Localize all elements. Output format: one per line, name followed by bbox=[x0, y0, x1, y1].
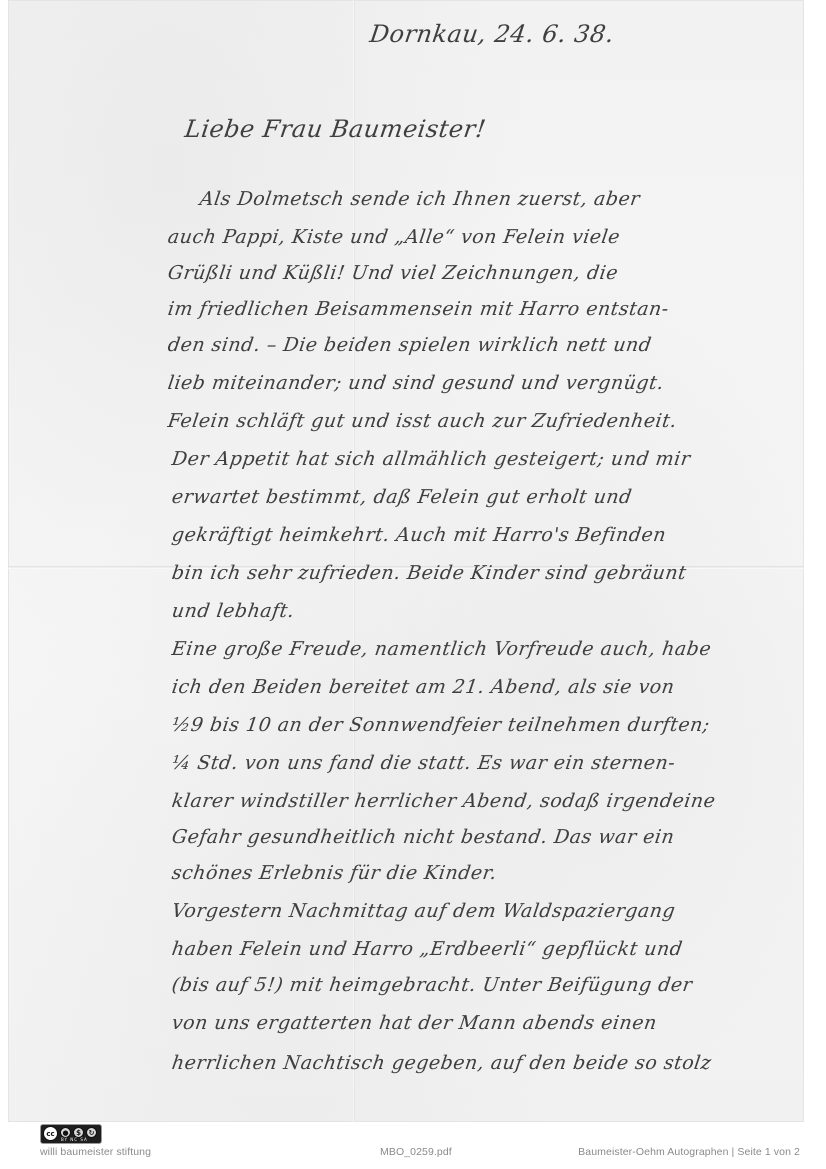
letter-line: auch Pappi, Kiste und „Alle“ von Felein … bbox=[166, 226, 809, 248]
letter-line: ¼ Std. von uns fand die statt. Es war ei… bbox=[170, 752, 813, 774]
cc-license-badge[interactable]: cc ● $ ↻ BY NC SA bbox=[40, 1124, 102, 1144]
letter-line: im friedlichen Beisammensein mit Harro e… bbox=[166, 298, 809, 320]
letter-place-date: Dornkau, 24. 6. 38. bbox=[368, 20, 616, 48]
letter-line: ½9 bis 10 an der Sonnwendfeier teilnehme… bbox=[170, 714, 813, 736]
letter-line: Gefahr gesundheitlich nicht bestand. Das… bbox=[170, 826, 813, 848]
letter-line: Vorgestern Nachmittag auf dem Waldspazie… bbox=[170, 900, 813, 922]
letter-line: klarer windstiller herrlicher Abend, sod… bbox=[170, 790, 813, 812]
cc-license-labels: BY NC SA bbox=[61, 1137, 88, 1142]
creative-commons-icon: cc bbox=[43, 1126, 58, 1141]
letter-line: bin ich sehr zufrieden. Beide Kinder sin… bbox=[170, 562, 813, 584]
footer-page-info: Baumeister-Oehm Autographen | Seite 1 vo… bbox=[578, 1146, 800, 1158]
letter-line: haben Felein und Harro „Erdbeerli“ gepfl… bbox=[170, 938, 813, 960]
letter-line: erwartet bestimmt, daß Felein gut erholt… bbox=[170, 486, 813, 508]
letter-line: Felein schläft gut und isst auch zur Zuf… bbox=[166, 410, 809, 432]
letter-line: Der Appetit hat sich allmählich gesteige… bbox=[170, 448, 813, 470]
letter-salutation: Liebe Frau Baumeister! bbox=[183, 115, 488, 143]
letter-line: gekräftigt heimkehrt. Auch mit Harro's B… bbox=[170, 524, 813, 546]
label-by: BY bbox=[61, 1137, 68, 1142]
letter-line: herrlichen Nachtisch gegeben, auf den be… bbox=[170, 1052, 813, 1074]
letter-line: lieb miteinander; und sind gesund und ve… bbox=[166, 372, 809, 394]
letter-line: Als Dolmetsch sende ich Ihnen zuerst, ab… bbox=[198, 188, 826, 210]
footer-filename: MBO_0259.pdf bbox=[380, 1146, 452, 1158]
letter-line: Eine große Freude, namentlich Vorfreude … bbox=[170, 638, 813, 660]
letter-line: den sind. – Die beiden spielen wirklich … bbox=[166, 334, 809, 356]
footer-foundation-name: willi baumeister stiftung bbox=[40, 1146, 151, 1158]
letter-line: von uns ergatterten hat der Mann abends … bbox=[170, 1012, 813, 1034]
label-nc: NC bbox=[70, 1137, 78, 1142]
letter-line: ich den Beiden bereitet am 21. Abend, al… bbox=[170, 676, 813, 698]
letter-line: Grüßli und Küßli! Und viel Zeichnungen, … bbox=[166, 262, 809, 284]
letter-line: schönes Erlebnis für die Kinder. bbox=[170, 862, 813, 884]
label-sa: SA bbox=[80, 1137, 87, 1142]
letter-line: (bis auf 5!) mit heimgebracht. Unter Bei… bbox=[170, 974, 813, 996]
letter-line: und lebhaft. bbox=[170, 600, 813, 622]
